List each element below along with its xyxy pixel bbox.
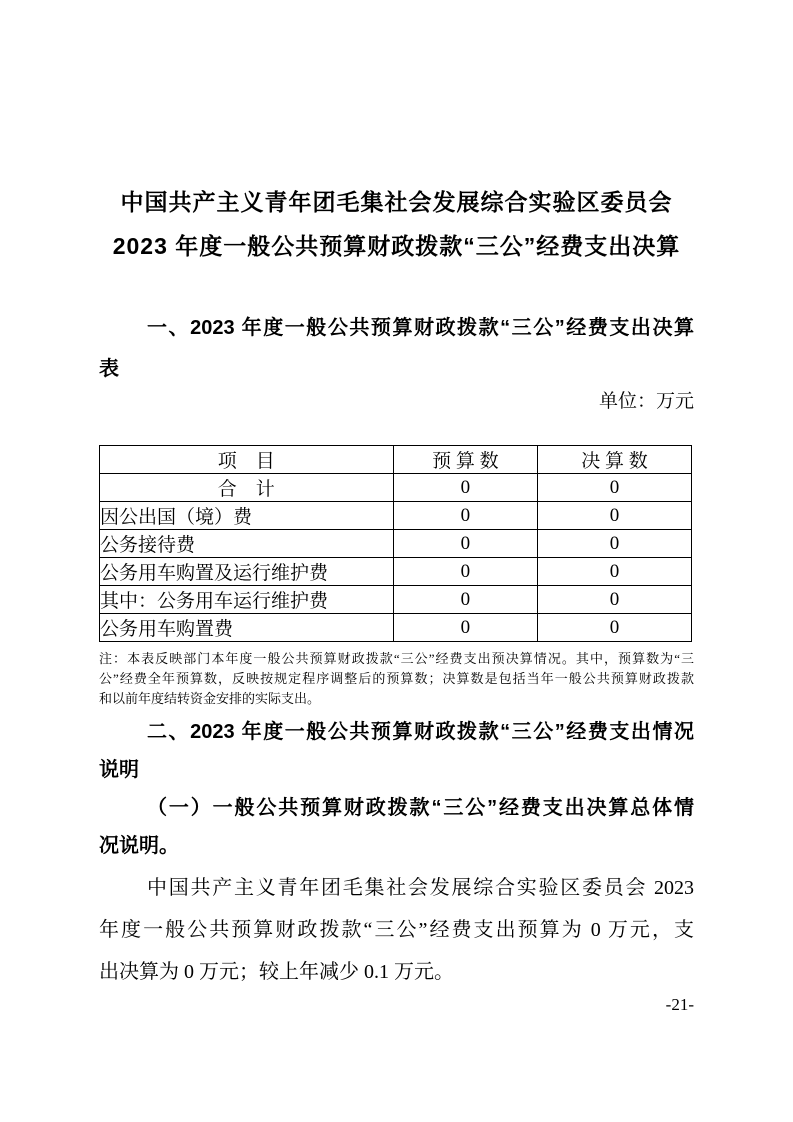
row-label: 公务用车购置费 xyxy=(100,614,394,642)
subsection-heading: （一）一般公共预算财政拨款“三公”经费支出决算总体情 况说明。 xyxy=(99,789,694,865)
table-row-abroad: 因公出国（境）费 0 0 xyxy=(100,502,692,530)
budget-value: 0 xyxy=(393,474,537,502)
budget-value: 0 xyxy=(393,502,537,530)
table-row-vehicle-total: 公务用车购置及运行维护费 0 0 xyxy=(100,558,692,586)
document-title: 中国共产主义青年团毛集社会发展综合实验区委员会 2023 年度一般公共预算财政拨… xyxy=(99,180,694,268)
final-value: 0 xyxy=(538,502,692,530)
row-label: 其中：公务用车运行维护费 xyxy=(100,586,394,614)
final-value: 0 xyxy=(538,530,692,558)
final-value: 0 xyxy=(538,558,692,586)
section2-heading-line-1: 二、2023 年度一般公共预算财政拨款“三公”经费支出情况 xyxy=(99,713,694,751)
section2-heading: 二、2023 年度一般公共预算财政拨款“三公”经费支出情况 说明 xyxy=(99,713,694,789)
row-label: 因公出国（境）费 xyxy=(100,502,394,530)
row-label: 公务用车购置及运行维护费 xyxy=(100,558,394,586)
summary-paragraph-line-2: 年度一般公共预算财政拨款“三公”经费支出预算为 0 万元，支 xyxy=(99,909,694,951)
table-note-line-1: 注：本表反映部门本年度一般公共预算财政拨款“三公”经费支出预决算情况。其中，预算… xyxy=(99,649,694,669)
section1-heading: 一、2023 年度一般公共预算财政拨款“三公”经费支出决算 表 xyxy=(99,308,694,390)
final-value: 0 xyxy=(538,474,692,502)
document-title-line-2: 2023 年度一般公共预算财政拨款“三公”经费支出决算 xyxy=(99,224,694,268)
table-row-vehicle-maintenance: 其中：公务用车运行维护费 0 0 xyxy=(100,586,692,614)
final-value: 0 xyxy=(538,586,692,614)
document-title-line-1: 中国共产主义青年团毛集社会发展综合实验区委员会 xyxy=(99,180,694,224)
subsection-heading-line-2: 况说明。 xyxy=(99,827,694,865)
column-header-budget: 预 算 数 xyxy=(393,446,537,474)
table-note: 注：本表反映部门本年度一般公共预算财政拨款“三公”经费支出预决算情况。其中，预算… xyxy=(99,649,694,709)
budget-value: 0 xyxy=(393,586,537,614)
table-row-vehicle-purchase: 公务用车购置费 0 0 xyxy=(100,614,692,642)
column-header-item: 项 目 xyxy=(100,446,394,474)
subsection-heading-line-1: （一）一般公共预算财政拨款“三公”经费支出决算总体情 xyxy=(99,789,694,827)
summary-paragraph: 中国共产主义青年团毛集社会发展综合实验区委员会 2023 年度一般公共预算财政拨… xyxy=(99,867,694,993)
budget-value: 0 xyxy=(393,558,537,586)
page-number: -21- xyxy=(99,995,694,1015)
table-header-row: 项 目 预 算 数 决 算 数 xyxy=(100,446,692,474)
section1-heading-line-2: 表 xyxy=(99,349,694,390)
summary-paragraph-line-1: 中国共产主义青年团毛集社会发展综合实验区委员会 2023 xyxy=(99,867,694,909)
table-note-line-3: 和以前年度结转资金安排的实际支出。 xyxy=(99,689,694,709)
budget-value: 0 xyxy=(393,530,537,558)
column-header-final: 决 算 数 xyxy=(538,446,692,474)
row-label: 公务接待费 xyxy=(100,530,394,558)
summary-paragraph-line-3: 出决算为 0 万元；较上年减少 0.1 万元。 xyxy=(99,951,694,993)
expenses-table: 项 目 预 算 数 决 算 数 合 计 0 0 因公出国（境）费 0 0 公务接… xyxy=(99,445,692,642)
final-value: 0 xyxy=(538,614,692,642)
table-row-reception: 公务接待费 0 0 xyxy=(100,530,692,558)
row-label: 合 计 xyxy=(100,474,394,502)
unit-label: 单位：万元 xyxy=(99,390,694,414)
table-note-line-2: 公”经费全年预算数，反映按规定程序调整后的预算数；决算数是包括当年一般公共预算财… xyxy=(99,669,694,689)
section1-heading-line-1: 一、2023 年度一般公共预算财政拨款“三公”经费支出决算 xyxy=(99,308,694,349)
document-page: 中国共产主义青年团毛集社会发展综合实验区委员会 2023 年度一般公共预算财政拨… xyxy=(0,0,793,1122)
section2-heading-line-2: 说明 xyxy=(99,751,694,789)
budget-value: 0 xyxy=(393,614,537,642)
table-row-total: 合 计 0 0 xyxy=(100,474,692,502)
